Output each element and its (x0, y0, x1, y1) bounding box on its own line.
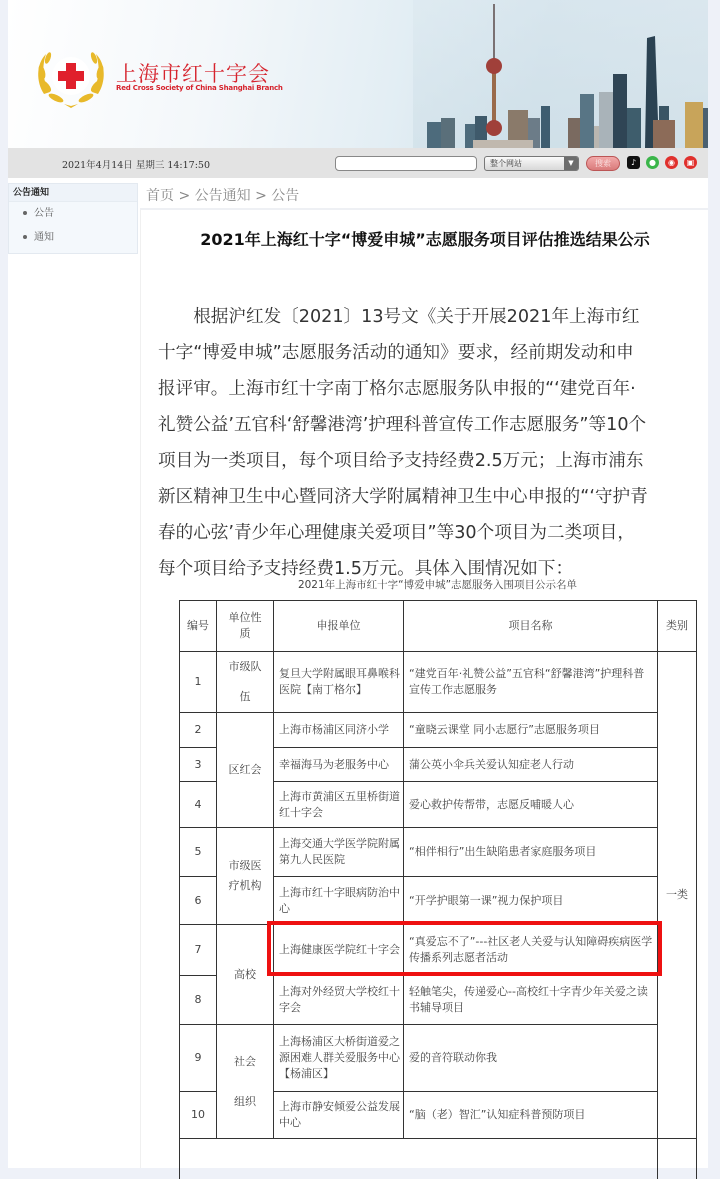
cell-project: 爱心救护传帮带，志愿反哺暖人心 (404, 782, 658, 828)
cell-no: 10 (180, 1092, 217, 1139)
sidebar: 公告通知 公告 通知 (8, 183, 138, 254)
header-no: 编号 (180, 601, 217, 652)
cell-org: 上海健康医学院红十字会 (274, 925, 404, 976)
cell-org: 上海市黄浦区五里桥街道红十字会 (274, 782, 404, 828)
cell-project: 爱的音符联动你我 (404, 1025, 658, 1092)
search-input[interactable] (335, 156, 477, 171)
cell-no: 4 (180, 782, 217, 828)
cell-category: 一类 (658, 652, 697, 1139)
cell-org: 上海对外经贸大学校红十字会 (274, 976, 404, 1025)
cell-org: 复旦大学附属眼耳鼻喉科医院【南丁格尔】 (274, 652, 404, 713)
cell-org: 上海市静安倾爱公益发展中心 (274, 1092, 404, 1139)
cell-no: 1 (180, 652, 217, 713)
bullet-icon (23, 235, 27, 239)
cell-org: 上海市杨浦区同济小学 (274, 713, 404, 748)
header-category: 类别 (658, 601, 697, 652)
app-icon[interactable]: ▣ (684, 156, 697, 169)
chevron-down-icon[interactable]: ▼ (564, 157, 578, 170)
article-content: 2021年上海红十字“博爱申城”志愿服务项目评估推选结果公示 根据沪红发〔202… (140, 210, 708, 1168)
cell-no: 2 (180, 713, 217, 748)
cell-no: 5 (180, 828, 217, 877)
cell-project: “开学护眼第一课”视力保护项目 (404, 877, 658, 925)
cell-no: 3 (180, 748, 217, 782)
sidebar-title: 公告通知 (9, 184, 137, 202)
article-body: 根据沪红发〔2021〕13号文《关于开展2021年上海市红十字“博爱申城”志愿服… (158, 299, 648, 587)
project-list-table: 编号 单位性质 申报单位 项目名称 类别 1 市级队伍 复旦大学附属眼耳鼻喉科医… (179, 600, 697, 1168)
sidebar-item-announcement[interactable]: 公告 (9, 202, 137, 226)
cell-project: “脑（老）智汇”认知症科普预防项目 (404, 1092, 658, 1139)
article-title: 2021年上海红十字“博爱申城”志愿服务项目评估推选结果公示 (141, 227, 709, 250)
cell-org: 幸福海马为老服务中心 (274, 748, 404, 782)
cell-org: 上海杨浦区大桥街道爱之源困难人群关爱服务中心【杨浦区】 (274, 1025, 404, 1092)
table-row: 5 市级医疗机构 上海交通大学医学院附属第九人民医院 “相伴相行”出生缺陷患者家… (180, 828, 697, 877)
shanghai-skyline-image (413, 0, 708, 148)
cell-project: “建党百年·礼赞公益”五官科“舒馨港湾”护理科普宣传工作志愿服务 (404, 652, 658, 713)
table-header-row: 编号 单位性质 申报单位 项目名称 类别 (180, 601, 697, 652)
top-toolbar: 2021年4月14日 星期三 14:17:50 整个网站 ▼ 搜索 ♪ ● ◉ … (8, 148, 708, 178)
search-button[interactable]: 搜索 (586, 156, 620, 171)
sidebar-item-label: 公告 (34, 208, 54, 219)
header-org: 申报单位 (274, 601, 404, 652)
header-type: 单位性质 (217, 601, 274, 652)
sidebar-item-notice[interactable]: 通知 (9, 226, 137, 250)
cell-no: 6 (180, 877, 217, 925)
cell-type: 社会组织 (217, 1025, 274, 1139)
table-row: 1 市级队伍 复旦大学附属眼耳鼻喉科医院【南丁格尔】 “建党百年·礼赞公益”五官… (180, 652, 697, 713)
search-scope-value: 整个网站 (490, 159, 522, 168)
current-datetime: 2021年4月14日 星期三 14:17:50 (62, 157, 210, 171)
cell-type: 高校 (217, 925, 274, 1025)
cell-type: 市级队伍 (217, 652, 274, 713)
cell-project: “童晓云课堂 同小志愿行”志愿服务项目 (404, 713, 658, 748)
cell-project: 轻触笔尖，传递爱心--高校红十字青少年关爱之读书辅导项目 (404, 976, 658, 1025)
search-scope-select[interactable]: 整个网站 ▼ (484, 156, 579, 171)
tiktok-icon[interactable]: ♪ (627, 156, 640, 169)
cell-org: 上海交通大学医学院附属第九人民医院 (274, 828, 404, 877)
cell-type: 市级医疗机构 (217, 828, 274, 925)
cell-project: “真爱忘不了”---社区老人关爱与认知障碍疾病医学传播系列志愿者活动 (404, 925, 658, 976)
site-name-english: Red Cross Society of China Shanghai Bran… (116, 84, 283, 92)
cell-org: 上海市红十字眼病防治中心 (274, 877, 404, 925)
cell-empty (658, 1139, 697, 1169)
table-row-highlighted: 7 高校 上海健康医学院红十字会 “真爱忘不了”---社区老人关爱与认知障碍疾病… (180, 925, 697, 976)
cell-no: 7 (180, 925, 217, 976)
cell-no: 8 (180, 976, 217, 1025)
header-project: 项目名称 (404, 601, 658, 652)
cell-project: “相伴相行”出生缺陷患者家庭服务项目 (404, 828, 658, 877)
table-row: 9 社会组织 上海杨浦区大桥街道爱之源困难人群关爱服务中心【杨浦区】 爱的音符联… (180, 1025, 697, 1092)
table-caption: 2021年上海市红十字“博爱申城”志愿服务入围项目公示名单 (179, 577, 696, 592)
site-banner: 上海市红十字会 Red Cross Society of China Shang… (8, 0, 708, 148)
table-row: 2 区红会 上海市杨浦区同济小学 “童晓云课堂 同小志愿行”志愿服务项目 (180, 713, 697, 748)
weibo-icon[interactable]: ◉ (665, 156, 678, 169)
wechat-icon[interactable]: ● (646, 156, 659, 169)
breadcrumb[interactable]: 首页 > 公告通知 > 公告 (140, 183, 708, 210)
sidebar-item-label: 通知 (34, 232, 54, 243)
cell-empty (180, 1139, 658, 1169)
cell-type: 区红会 (217, 713, 274, 828)
table-row-empty (180, 1139, 697, 1169)
bullet-icon (23, 211, 27, 215)
cell-project: 蒲公英小伞兵关爱认知症老人行动 (404, 748, 658, 782)
cell-no: 9 (180, 1025, 217, 1092)
red-cross-logo-icon[interactable] (34, 42, 108, 112)
